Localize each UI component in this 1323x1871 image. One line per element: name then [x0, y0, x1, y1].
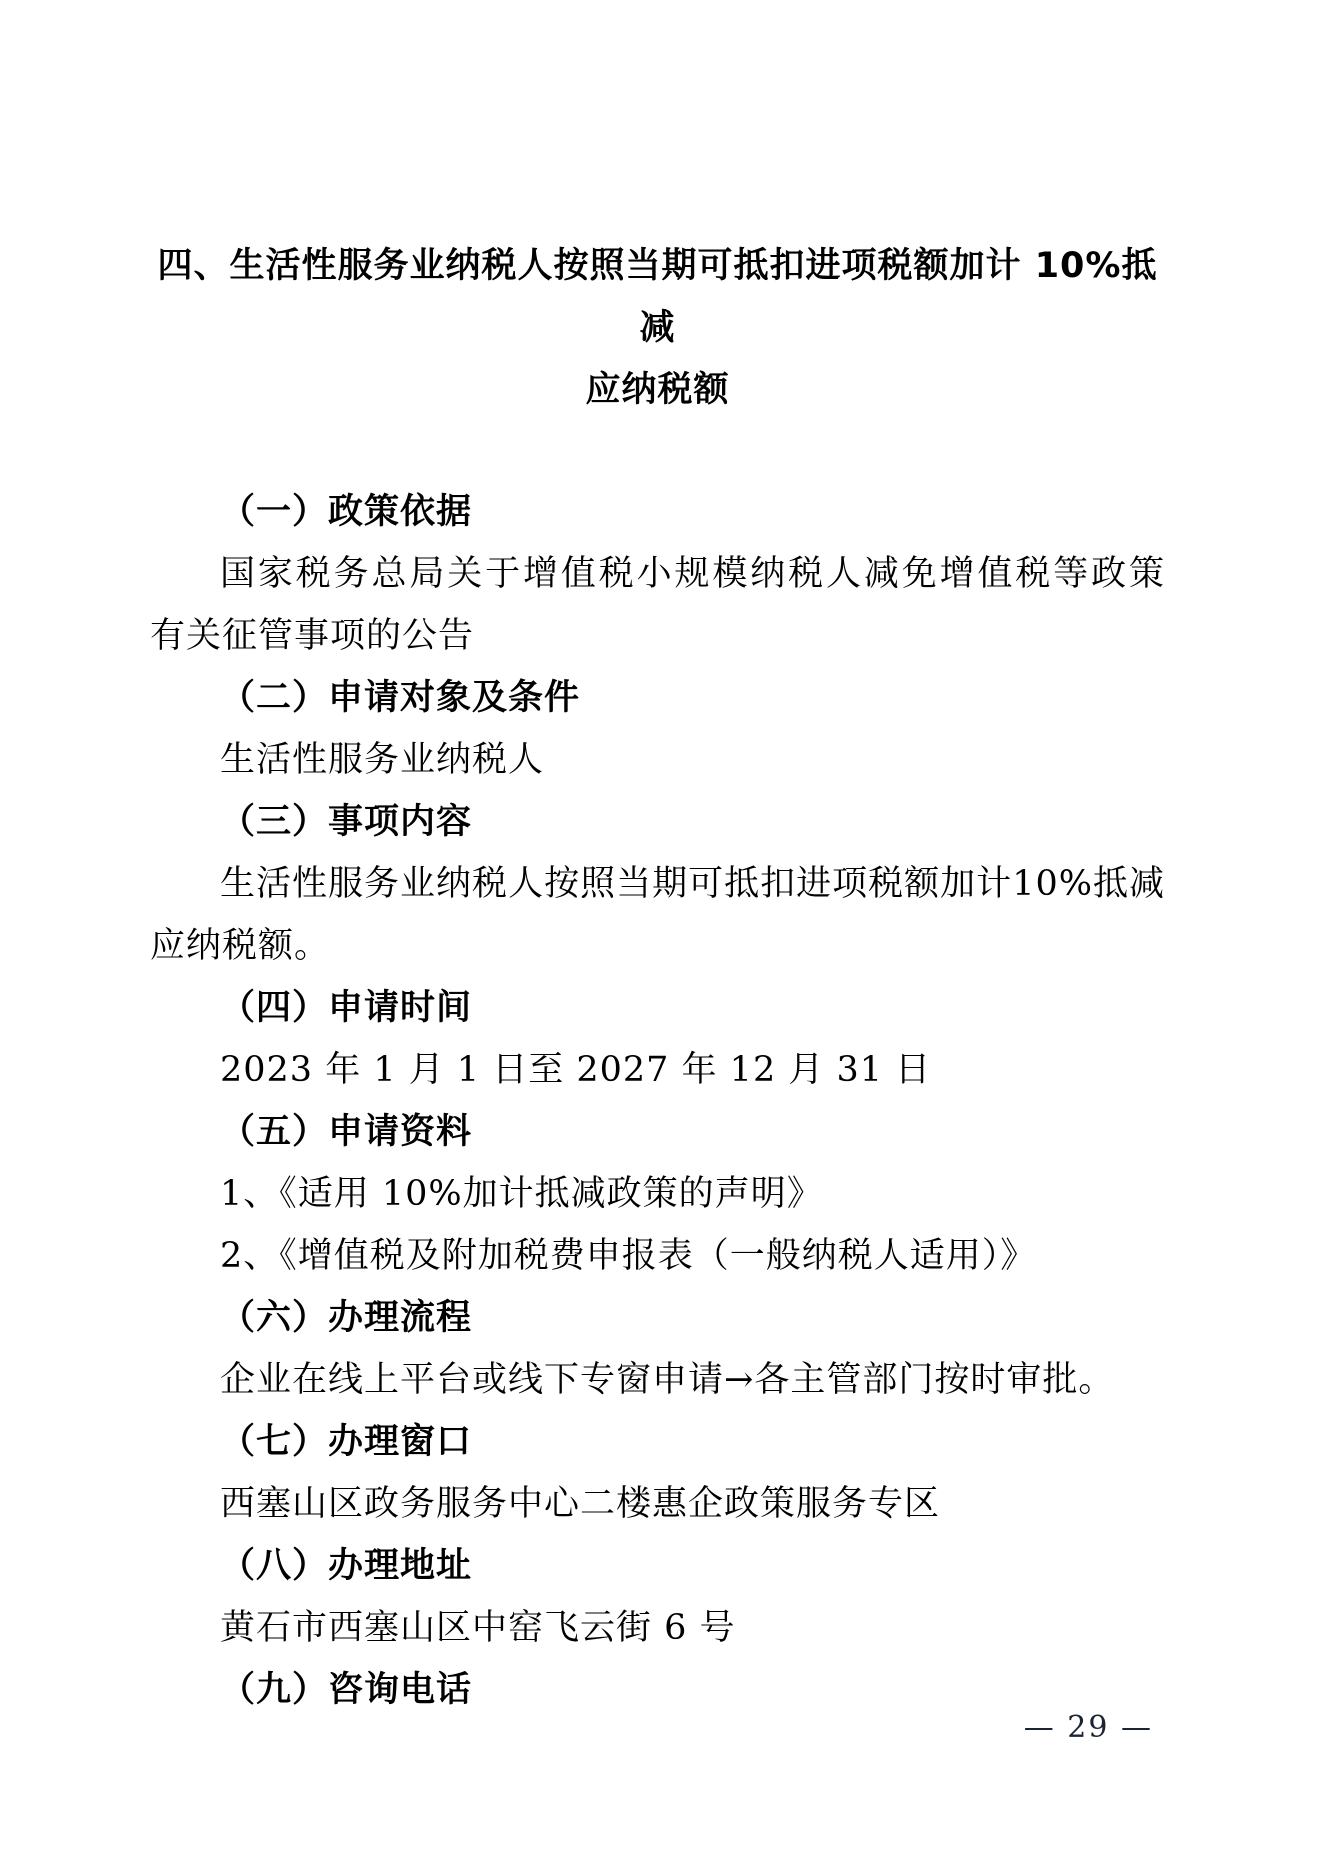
section-heading: （三）事项内容 [150, 791, 1165, 853]
document-title-line2: 应纳税额 [150, 359, 1165, 421]
section-heading: （六）办理流程 [150, 1287, 1165, 1349]
paragraph-line: 应纳税额。 [150, 915, 1165, 977]
section-heading: （二）申请对象及条件 [150, 667, 1165, 729]
section-heading: （七）办理窗口 [150, 1411, 1165, 1473]
paragraph-line: 生活性服务业纳税人 [150, 729, 1165, 791]
paragraph-line: 西塞山区政务服务中心二楼惠企政策服务专区 [150, 1473, 1165, 1535]
paragraph-line: 有关征管事项的公告 [150, 605, 1165, 667]
document-content: 四、生活性服务业纳税人按照当期可抵扣进项税额加计 10%抵减 应纳税额 （一）政… [150, 235, 1165, 1721]
section-heading: （八）办理地址 [150, 1535, 1165, 1597]
section-heading: （四）申请时间 [150, 977, 1165, 1039]
paragraph-line: 1、《适用 10%加计抵减政策的声明》 [150, 1163, 1165, 1225]
section: （三）事项内容 生活性服务业纳税人按照当期可抵扣进项税额加计10%抵减应纳税额。 [150, 791, 1165, 977]
section: （六）办理流程 企业在线上平台或线下专窗申请→各主管部门按时审批。 [150, 1287, 1165, 1411]
paragraph-line: 企业在线上平台或线下专窗申请→各主管部门按时审批。 [150, 1349, 1165, 1411]
section: （四）申请时间 2023 年 1 月 1 日至 2027 年 12 月 31 日 [150, 977, 1165, 1101]
paragraph-line: 生活性服务业纳税人按照当期可抵扣进项税额加计10%抵减 [150, 853, 1165, 915]
document-title: 四、生活性服务业纳税人按照当期可抵扣进项税额加计 10%抵减 应纳税额 [150, 235, 1165, 421]
section: （八）办理地址 黄石市西塞山区中窑飞云街 6 号 [150, 1535, 1165, 1659]
section: （七）办理窗口 西塞山区政务服务中心二楼惠企政策服务专区 [150, 1411, 1165, 1535]
section: （二）申请对象及条件 生活性服务业纳税人 [150, 667, 1165, 791]
paragraph-line: 黄石市西塞山区中窑飞云街 6 号 [150, 1597, 1165, 1659]
section: （九）咨询电话 [150, 1659, 1165, 1721]
sections: （一）政策依据 国家税务总局关于增值税小规模纳税人减免增值税等政策有关征管事项的… [150, 481, 1165, 1721]
section-heading: （五）申请资料 [150, 1101, 1165, 1163]
document-page: 四、生活性服务业纳税人按照当期可抵扣进项税额加计 10%抵减 应纳税额 （一）政… [0, 0, 1323, 1871]
section-heading: （九）咨询电话 [150, 1659, 1165, 1721]
paragraph-line: 2023 年 1 月 1 日至 2027 年 12 月 31 日 [150, 1039, 1165, 1101]
document-title-line1: 四、生活性服务业纳税人按照当期可抵扣进项税额加计 10%抵减 [150, 235, 1165, 359]
paragraph-line: 2、《增值税及附加税费申报表（一般纳税人适用）》 [150, 1225, 1165, 1287]
section: （一）政策依据 国家税务总局关于增值税小规模纳税人减免增值税等政策有关征管事项的… [150, 481, 1165, 667]
page-number: — 29 — [1024, 1710, 1153, 1745]
section: （五）申请资料 1、《适用 10%加计抵减政策的声明》2、《增值税及附加税费申报… [150, 1101, 1165, 1287]
paragraph-line: 国家税务总局关于增值税小规模纳税人减免增值税等政策 [150, 543, 1165, 605]
section-heading: （一）政策依据 [150, 481, 1165, 543]
